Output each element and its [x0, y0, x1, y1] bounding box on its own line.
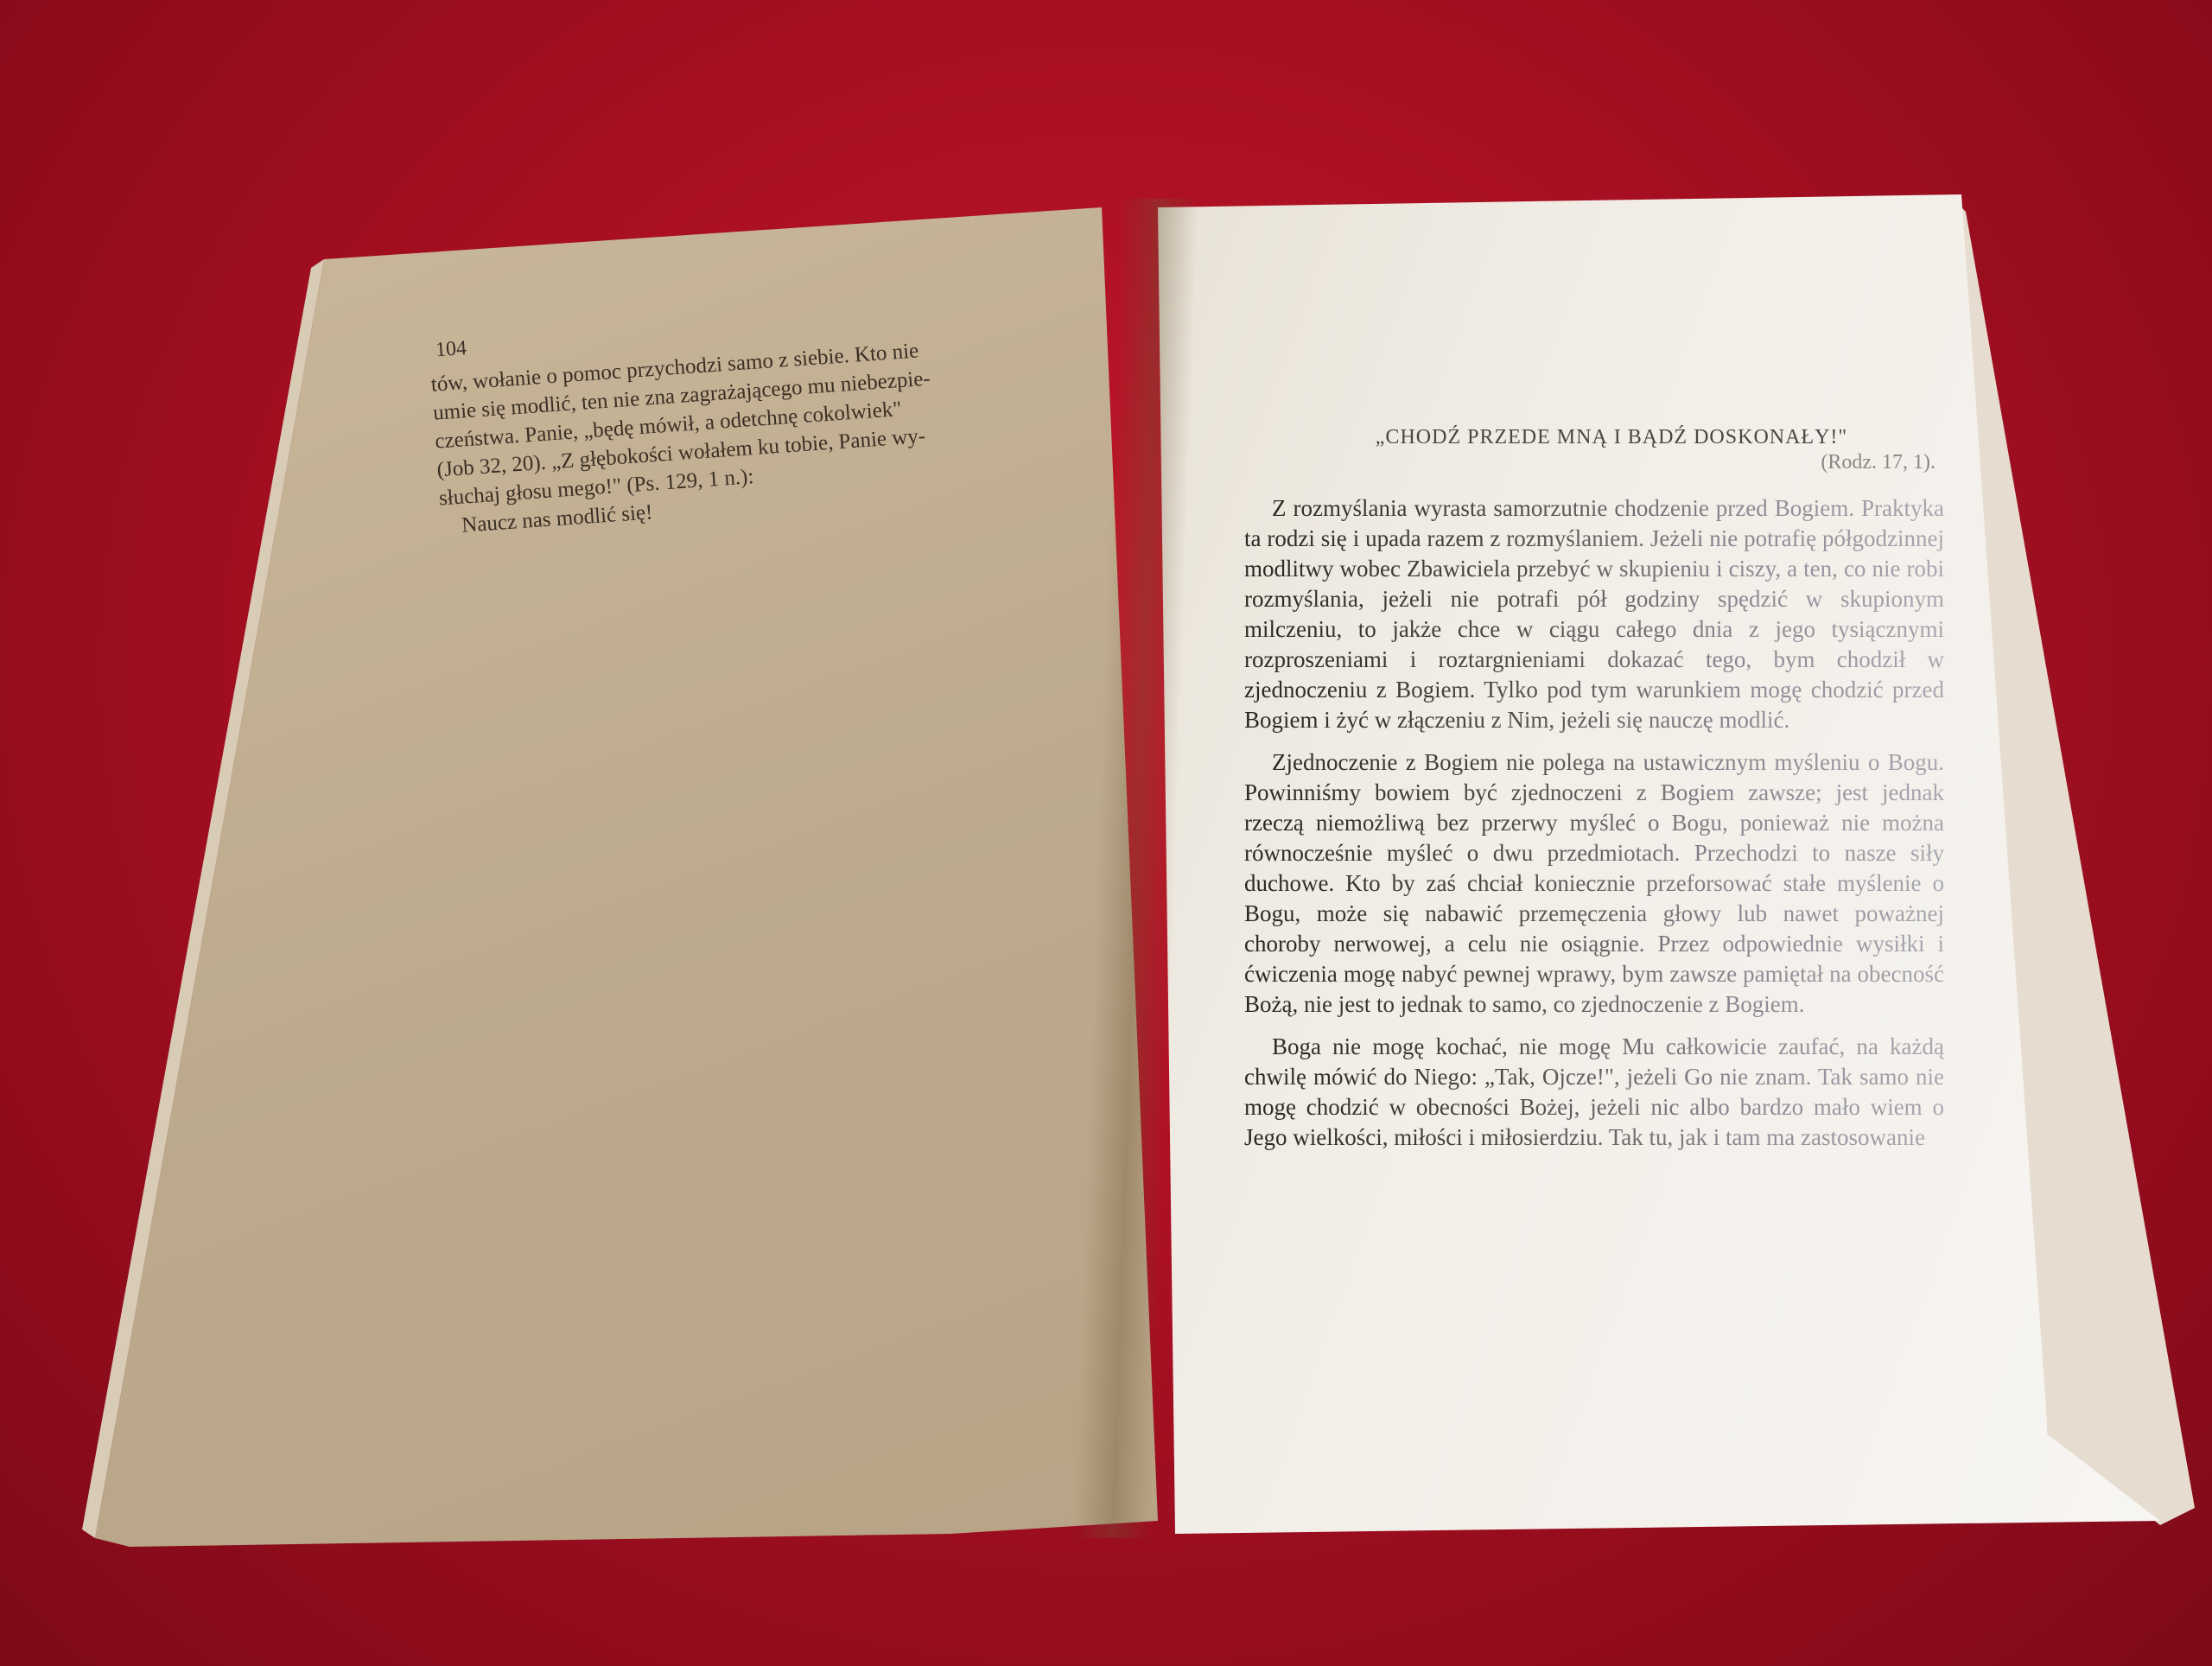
open-book: 104 tów, wołanie o pomoc przychodzi samo… — [0, 0, 2212, 1666]
paragraph: Boga nie mogę kochać, nie mogę Mu całkow… — [1244, 1032, 1944, 1153]
chapter-reference: (Rodz. 17, 1). — [1244, 451, 1935, 474]
right-page-text: „CHODŹ PRZEDE MNĄ I BĄDŹ DOSKONAŁY!" (Ro… — [1244, 426, 1944, 1153]
left-page-text: 104 tów, wołanie o pomoc przychodzi samo… — [428, 296, 1028, 542]
chapter-title: „CHODŹ PRZEDE MNĄ I BĄDŹ DOSKONAŁY!" — [1279, 426, 1944, 449]
photo-scene: 104 tów, wołanie o pomoc przychodzi samo… — [0, 0, 2212, 1666]
paragraph: Zjednoczenie z Bogiem nie polega na usta… — [1244, 747, 1944, 1020]
paragraph: Z rozmyślania wyrasta samorzutnie chodze… — [1244, 493, 1944, 735]
